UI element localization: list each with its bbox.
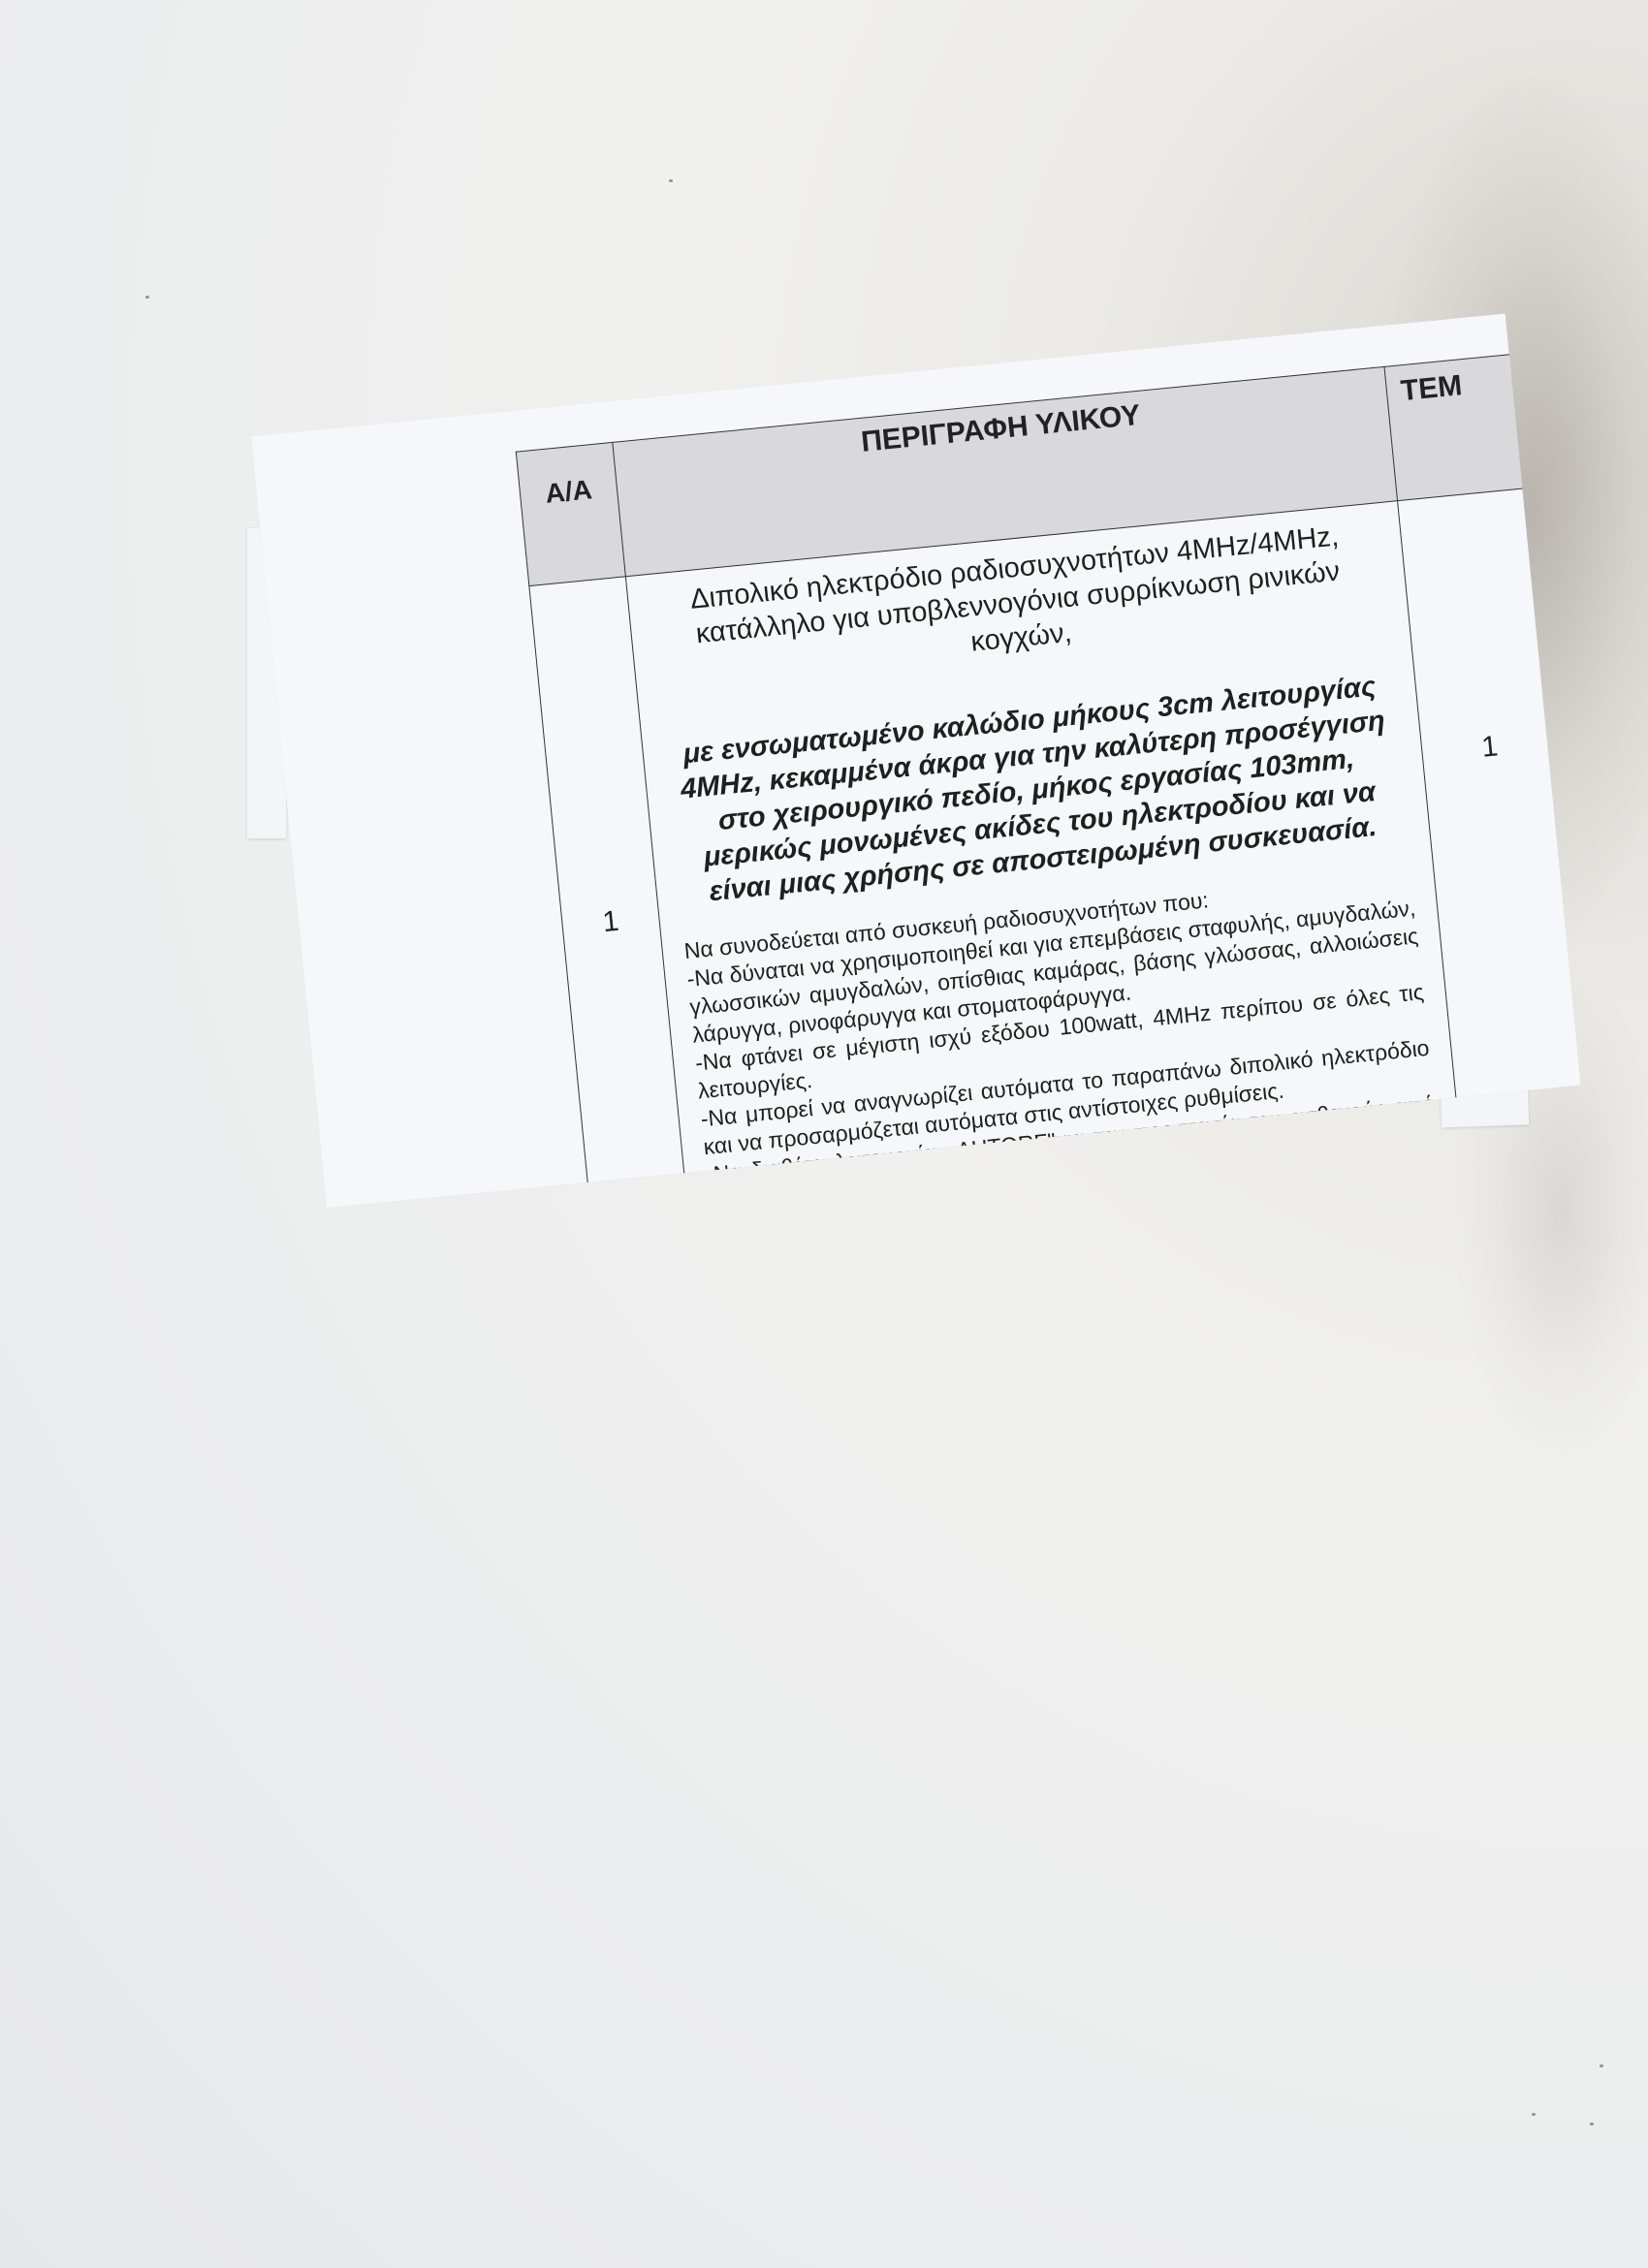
cell-description: Διπολικό ηλεκτρόδιο ραδιοσυχνοτήτων 4MHz… [625, 501, 1464, 1258]
header-item-no: Α/Α [516, 442, 625, 585]
table-row: 1 Διπολικό ηλεκτρόδιο ραδιοσυχνοτήτων 4M… [529, 488, 1600, 1267]
header-quantity: ΤΕΜ [1384, 354, 1533, 501]
background-speck [1532, 2113, 1536, 2116]
background-speck [669, 179, 673, 182]
materials-table: Α/Α ΠΕΡΙΓΡΑΦΗ ΥΛΙΚΟΥ ΤΕΜ 1 Διπολικό ηλεκ… [516, 353, 1600, 1268]
background-speck [145, 296, 149, 299]
description-specs: με ενσωματωμένο καλώδιο μήκους 3cm λειτο… [663, 668, 1409, 913]
background-speck [1590, 2123, 1594, 2126]
background-speck [1600, 2064, 1603, 2067]
scanned-paper: Α/Α ΠΕΡΙΓΡΑΦΗ ΥΛΙΚΟΥ ΤΕΜ 1 Διπολικό ηλεκ… [251, 313, 1581, 1208]
